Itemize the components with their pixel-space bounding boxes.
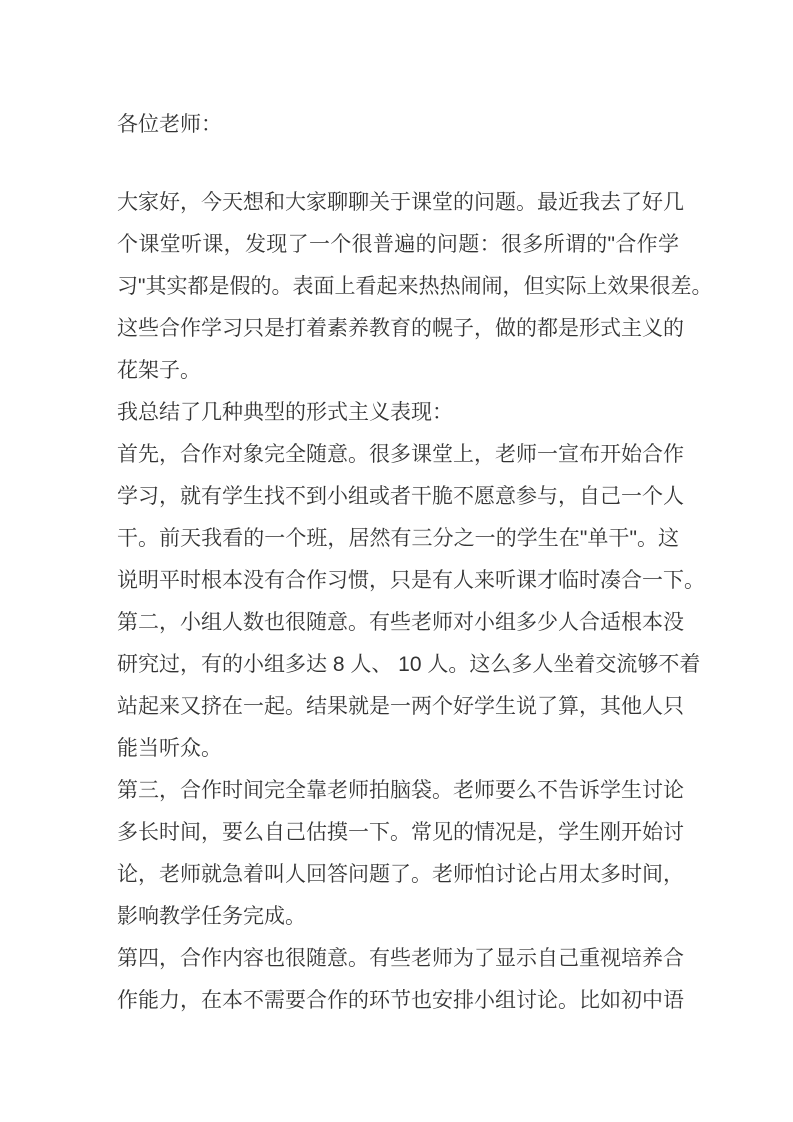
text-line: 干。前天我看的一个班，居然有三分之一的学生在"单干"。这 <box>117 518 679 560</box>
text-line: 第三，合作时间完全靠老师拍脑袋。老师要么不告诉学生讨论 <box>117 770 679 812</box>
text-line: 习"其实都是假的。表面上看起来热热闹闹，但实际上效果很差。 <box>117 266 679 308</box>
text-line: 作能力，在本不需要合作的环节也安排小组讨论。比如初中语 <box>117 980 679 1022</box>
text-line: 能当听众。 <box>117 728 679 770</box>
text-line: 多长时间，要么自己估摸一下。常见的情况是，学生刚开始讨 <box>117 812 679 854</box>
text-line: 论，老师就急着叫人回答问题了。老师怕讨论占用太多时间， <box>117 854 679 896</box>
text-line: 花架子。 <box>117 350 679 392</box>
text-line: 说明平时根本没有合作习惯，只是有人来听课才临时凑合一下。 <box>117 560 679 602</box>
text-line: 大家好，今天想和大家聊聊关于课堂的问题。最近我去了好几 <box>117 182 679 224</box>
text-line: 研究过，有的小组多达 8 人、 10 人。这么多人坐着交流够不着 <box>117 644 679 686</box>
text-line: 第二，小组人数也很随意。有些老师对小组多少人合适根本没 <box>117 602 679 644</box>
document-page: 各位老师： 大家好，今天想和大家聊聊关于课堂的问题。最近我去了好几个课堂听课，发… <box>0 0 793 1122</box>
text-line: 第四，合作内容也很随意。有些老师为了显示自己重视培养合 <box>117 938 679 980</box>
text-line: 这些合作学习只是打着素养教育的幌子，做的都是形式主义的 <box>117 308 679 350</box>
blank-line-spacer <box>117 146 679 182</box>
text-line: 学习，就有学生找不到小组或者干脆不愿意参与，自己一个人 <box>117 476 679 518</box>
salutation-line: 各位老师： <box>117 104 679 146</box>
text-line: 影响教学任务完成。 <box>117 896 679 938</box>
text-line: 站起来又挤在一起。结果就是一两个好学生说了算，其他人只 <box>117 686 679 728</box>
text-line: 个课堂听课，发现了一个很普遍的问题：很多所谓的"合作学 <box>117 224 679 266</box>
document-body: 各位老师： 大家好，今天想和大家聊聊关于课堂的问题。最近我去了好几个课堂听课，发… <box>117 104 679 1022</box>
text-line: 首先，合作对象完全随意。很多课堂上，老师一宣布开始合作 <box>117 434 679 476</box>
paragraph-lines: 大家好，今天想和大家聊聊关于课堂的问题。最近我去了好几个课堂听课，发现了一个很普… <box>117 182 679 1022</box>
text-line: 我总结了几种典型的形式主义表现： <box>117 392 679 434</box>
